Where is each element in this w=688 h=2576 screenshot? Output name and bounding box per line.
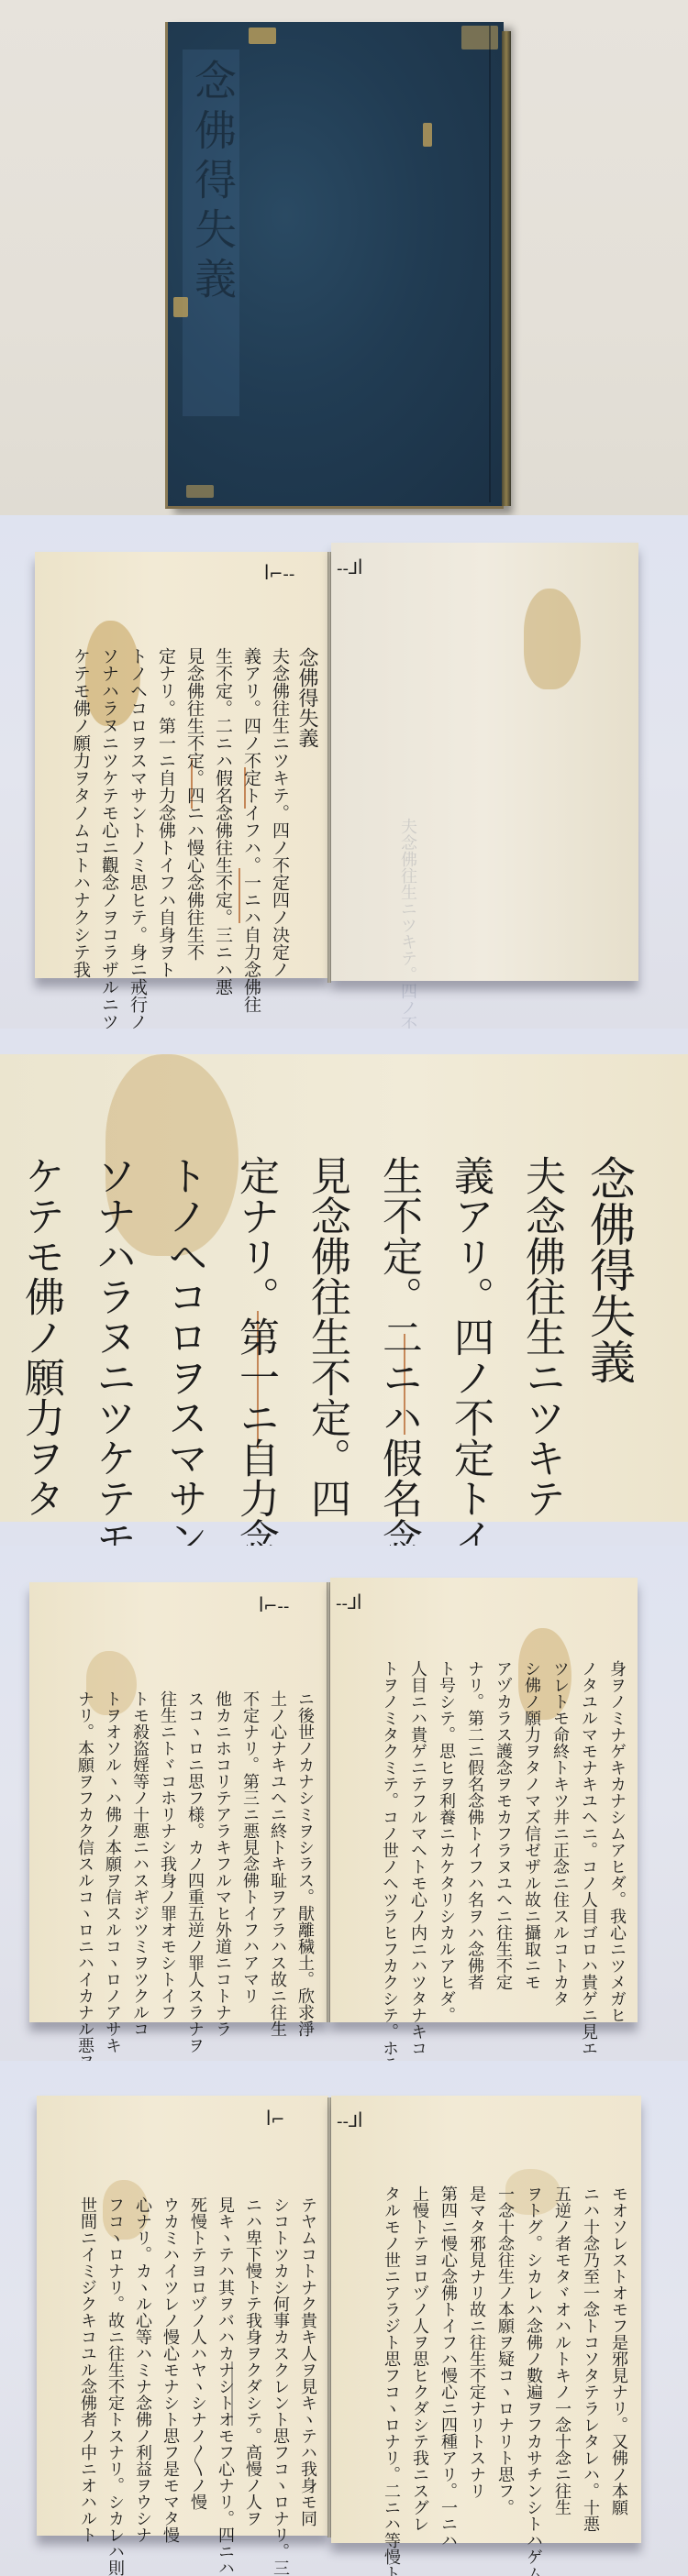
closeup-photo: 念佛得失義 夫念佛往生ニツキテ 義アリ。四ノ不定トイ 生不定。二ニハ假名念佛 見… bbox=[0, 1029, 688, 1546]
fold-mark-left: ꟾ⌐ bbox=[266, 2110, 284, 2130]
text-column: 人目ニハ貴ゲニテフルマヘトモ心ノ内ニハツタナキコ bbox=[401, 1660, 429, 2009]
text-columns: モオソレストオモフ是邪見ナリ。又佛ノ本願 ニハ十念乃至一念トコソタテラレタレハ。… bbox=[374, 2185, 630, 2525]
spread-photo-2: ꟾ⌐-- ニ後世ノカナシミヲシラス。猒離穢土。欣求淨 土ノ心ナキユヘニ終トキ耻ヲ… bbox=[0, 1546, 688, 2061]
show-through-text: 夫念佛往生ニツキテ。四ノ不定四ノ决定ノ bbox=[395, 818, 419, 974]
text-column: 生不定。二ニハ假名念佛往生不定。三ニハ悪 bbox=[207, 647, 236, 959]
text-column: ニハ十念乃至一念トコソタテラレタレハ。十悪 bbox=[573, 2185, 602, 2525]
text-column: シ佛ノ願力ヲタノマズ信ゼザル故ニ攝取ニモ bbox=[515, 1660, 543, 2009]
text-column: ヲトグ。シカレハ念佛ノ數遍ヲフカサチンシトハゲムハ bbox=[516, 2185, 545, 2525]
text-column: 念佛得失義 bbox=[293, 647, 321, 959]
text-column: 定ナリ。第一ニ自力念 bbox=[213, 1155, 284, 1522]
text-column: 生不定。二ニハ假名念佛 bbox=[356, 1155, 427, 1522]
text-column: トヲオソルヽハ佛ノ本願ヲ信スルコヽロノアサキ bbox=[96, 1690, 124, 2011]
text-column: ニ後世ノカナシミヲシラス。猒離穢土。欣求淨 bbox=[289, 1690, 316, 2011]
text-column: 夫念佛往生ニツキテ bbox=[499, 1155, 571, 1522]
text-column: 心ナリ。カヽル心等ハミナ念佛ノ利益ヲウシナ bbox=[127, 2196, 154, 2526]
fold-mark-right: --⅃ꟾ bbox=[336, 1594, 361, 1613]
text-column: 是マタ邪見ナリ故ニ往生不定ナリトスナリ bbox=[460, 2185, 488, 2525]
right-page: --⅃ꟾ 夫念佛往生ニツキテ。四ノ不定四ノ决定ノ bbox=[331, 543, 638, 981]
text-column: トノヘコロヲスマサントノ bbox=[141, 1155, 213, 1522]
text-column: 見念佛往生不定。四ニハ慢心念佛往生不 bbox=[179, 647, 207, 959]
text-column: 定ナリ。第一ニ自力念佛トイフハ自身ヲト bbox=[150, 647, 179, 959]
right-page: --⅃ꟾ モオソレストオモフ是邪見ナリ。又佛ノ本願 ニハ十念乃至一念トコソタテラ… bbox=[331, 2096, 641, 2543]
text-column: 見念佛往生不定。四 bbox=[284, 1155, 356, 1522]
book-spine-edge bbox=[502, 31, 511, 506]
text-column: シコトツカシ何事カスクレント思フコヽロナリ。三 bbox=[264, 2196, 292, 2526]
left-page: ꟾ⌐-- 念佛得失義 夫念佛往生ニツキテ。四ノ不定四ノ决定ノ 義アリ。四ノ不定ト… bbox=[35, 552, 328, 978]
text-column: 見キヽテハ其ヲバハカナシトオモフ心ナリ。四ニハ bbox=[209, 2196, 237, 2526]
text-column: 上慢トテヨロヅノ人ヲ思ヒクダシテ我ニスグレ bbox=[403, 2185, 431, 2525]
wear-spot bbox=[249, 28, 276, 44]
fold-mark-right: --⅃ꟾ bbox=[337, 2112, 362, 2131]
fold-mark-left: ꟾ⌐-- bbox=[264, 565, 294, 584]
text-column: ナリ。第二ニ假名念佛トイフハ名ヲハ念佛者 bbox=[458, 1660, 486, 2009]
text-column: ソナハラヌニツケテモ心ニ bbox=[70, 1155, 141, 1522]
text-column: ケテモ佛ノ願力ヲタ bbox=[0, 1155, 70, 1522]
text-column: ウカミハイツレノ慢心モナシト思フ是モマタ慢 bbox=[154, 2196, 182, 2526]
closeup-text-columns: 念佛得失義 夫念佛往生ニツキテ 義アリ。四ノ不定トイ 生不定。二ニハ假名念佛 見… bbox=[0, 1155, 642, 1522]
text-column: トノヘコロヲスマサントノミ思ヒテ。身ニ戒行ノ bbox=[122, 647, 150, 959]
text-column: ケテモ佛ノ願力ヲタノムコトハナクシテ我 bbox=[65, 647, 94, 959]
water-stain bbox=[524, 589, 581, 689]
wear-spot bbox=[186, 485, 214, 498]
text-column: トヲノミタクミテ。コノ世ノヘツラヒフカクシテ。ホラ bbox=[372, 1660, 401, 2009]
text-column: テヤムコトナク貴キ人ヲ見キヽテハ我身モ同 bbox=[292, 2196, 319, 2526]
text-column: 往生ニトヾコホリナシ我身ノ罪オモシトイフ bbox=[151, 1690, 179, 2011]
right-page: --⅃ꟾ 身ヲノミナゲキカナシムアヒダ。我心ニツメガヒ ノタユルマモナキユヘニ。… bbox=[330, 1578, 638, 2022]
text-column: 世間ニイミジクキコユル念佛者ノ中ニオハルト bbox=[72, 2196, 99, 2526]
text-column: 夫念佛往生ニツキテ。四ノ不定四ノ决定ノ bbox=[264, 647, 293, 959]
text-columns: ニ後世ノカナシミヲシラス。猒離穢土。欣求淨 土ノ心ナキユヘニ終トキ耻ヲアラハス故… bbox=[69, 1690, 316, 2011]
left-page: ꟾ⌐-- ニ後世ノカナシミヲシラス。猒離穢土。欣求淨 土ノ心ナキユヘニ終トキ耻ヲ… bbox=[29, 1582, 327, 2022]
text-columns: テヤムコトナク貴キ人ヲ見キヽテハ我身モ同 シコトツカシ何事カスクレント思フコヽロ… bbox=[72, 2196, 319, 2526]
wear-spot bbox=[461, 26, 498, 50]
spread-photo-1: ꟾ⌐-- 念佛得失義 夫念佛往生ニツキテ。四ノ不定四ノ决定ノ 義アリ。四ノ不定ト… bbox=[0, 515, 688, 1029]
text-column: トモ殺盗婬等ノ十悪ニハスギジツミヲツクルコ bbox=[124, 1690, 151, 2011]
text-column: 死慢トテヨロヅノ人ハヤヽシナノ〳〵ノ慢 bbox=[182, 2196, 209, 2526]
text-column: ソナハラヌニツケテモ心ニ觀念ノヲコラザルニツ bbox=[94, 647, 122, 959]
text-column: 他カニホコリテアラキフルマヒ外道ニコトナラ bbox=[206, 1690, 234, 2011]
text-column: 義アリ。四ノ不定トイフハ。一ニハ自力念佛往 bbox=[236, 647, 264, 959]
text-column: スコヽロニ思フ様。カノ四重五逆ノ罪人スラナヲ bbox=[179, 1690, 206, 2011]
text-column: 義アリ。四ノ不定トイ bbox=[427, 1155, 499, 1522]
text-column: モオソレストオモフ是邪見ナリ。又佛ノ本願 bbox=[602, 2185, 630, 2525]
text-column: アヅカラス護念ヲモカフラヌユヘニ往生不定 bbox=[486, 1660, 515, 2009]
closeup-page: 念佛得失義 夫念佛往生ニツキテ 義アリ。四ノ不定トイ 生不定。二ニハ假名念佛 見… bbox=[0, 1054, 688, 1522]
text-column: フコヽロナリ。故ニ往生不定トスナリ。シカレハ則 bbox=[99, 2196, 127, 2526]
text-column: ト号シテ。思ヒヲ利養ニカケタリシカルアヒダ。 bbox=[429, 1660, 458, 2009]
text-column: タルモノ世ニアラジト思フコヽロナリ。二ニハ等慢ト bbox=[374, 2185, 403, 2525]
cover-title: 念佛得失義 bbox=[192, 59, 234, 306]
wear-spot bbox=[423, 123, 432, 147]
text-column: 土ノ心ナキユヘニ終トキ耻ヲアラハス故ニ往生 bbox=[261, 1690, 289, 2011]
text-columns: 身ヲノミナゲキカナシムアヒダ。我心ニツメガヒ ノタユルマモナキユヘニ。コノ人目ゴ… bbox=[372, 1660, 628, 2009]
text-column: 一念十念往生ノ本願ヲ疑コヽロナリト思フ。 bbox=[488, 2185, 516, 2525]
book-cover: 念佛得失義 bbox=[165, 22, 504, 509]
text-column: ニハ卑下慢トテ我身ヲクダシテ。高慢ノ人ヲ bbox=[237, 2196, 264, 2526]
cover-photo: 念佛得失義 bbox=[0, 0, 688, 515]
wear-spot bbox=[173, 297, 188, 317]
text-column: 第四ニ慢心念佛トイフハ慢心ニ四種アリ。一ニハ bbox=[431, 2185, 460, 2525]
left-page: ꟾ⌐ テヤムコトナク貴キ人ヲ見キヽテハ我身モ同 シコトツカシ何事カスクレント思フ… bbox=[37, 2096, 328, 2536]
text-column: 念佛得失義 bbox=[571, 1155, 642, 1522]
text-column: 五逆ノ者モタヾオハルトキノ一念十念ニ往生 bbox=[545, 2185, 573, 2525]
fold-mark-right: --⅃ꟾ bbox=[337, 559, 362, 578]
text-column: 不定ナリ。第三ニ悪見念佛トイフハアマリ bbox=[234, 1690, 261, 2011]
text-columns: 念佛得失義 夫念佛往生ニツキテ。四ノ不定四ノ决定ノ 義アリ。四ノ不定トイフハ。一… bbox=[65, 647, 321, 959]
fold-mark-left: ꟾ⌐-- bbox=[259, 1597, 289, 1616]
spread-photo-3: ꟾ⌐ テヤムコトナク貴キ人ヲ見キヽテハ我身モ同 シコトツカシ何事カスクレント思フ… bbox=[0, 2061, 688, 2576]
text-column: 身ヲノミナゲキカナシムアヒダ。我心ニツメガヒ bbox=[600, 1660, 628, 2009]
text-column: ナリ。本願ヲフカク信スルコヽロニハイカナル悪ヲノ bbox=[69, 1690, 96, 2011]
text-column: ノタユルマモナキユヘニ。コノ人目ゴロハ貴ゲニ見エ bbox=[571, 1660, 600, 2009]
text-column: ツレトモ命終トキツ井ニ正念ニ住スルコトカタ bbox=[543, 1660, 571, 2009]
